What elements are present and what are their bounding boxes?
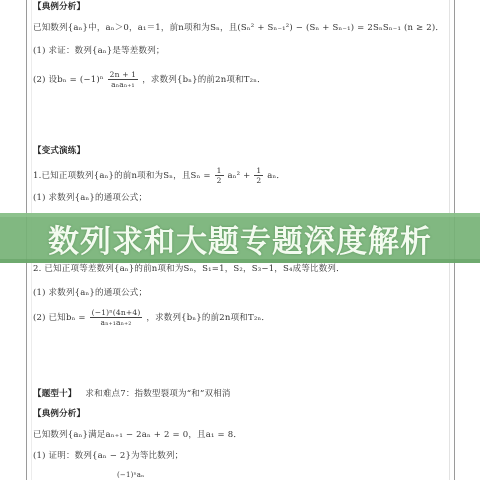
fraction: 1 2: [254, 166, 263, 185]
question-1: (1) 求证：数列{aₙ}是等差数列；: [33, 46, 165, 57]
question-3-2-partial: (−1)ⁿaₙ: [117, 470, 144, 480]
problem-statement: 已知数列{aₙ}中，aₙ＞0，a₁＝1，前n项和为Sₙ，且(Sₙ² + Sₙ₋₁…: [33, 23, 444, 34]
fraction: 1 2: [215, 166, 224, 185]
fraction: (−1)ⁿ(4n+4) aₙ₊₁aₙ₊₂: [90, 308, 143, 327]
question-type-heading: 【题型十】 求和难点7：指数型裂项为“和”双相消: [33, 389, 231, 400]
question-3-1: (1) 证明：数列{aₙ − 2}为等比数列；: [33, 451, 183, 462]
practice-1-question-1: (1) 求数列{aₙ}的通项公式；: [33, 193, 147, 204]
practice-2-question-1: (1) 求数列{aₙ}的通项公式；: [33, 288, 147, 299]
title-banner: 数列求和大题专题深度解析: [0, 213, 480, 263]
fraction: 2n + 1 aₙaₙ₊₁: [108, 70, 139, 89]
banner-title: 数列求和大题专题深度解析: [48, 216, 432, 261]
practice-2-question-2: (2) 已知bₙ = (−1)ⁿ(4n+4) aₙ₊₁aₙ₊₂ ，求数列{bₙ}…: [33, 308, 270, 327]
section-heading-practice: 【变式演练】: [33, 146, 85, 157]
section-heading-example: 【典例分析】: [33, 2, 85, 13]
section-heading-example-2: 【典例分析】: [33, 409, 85, 420]
practice-problem-1: 1.已知正项数列{aₙ}的前n项和为Sₙ，且Sₙ = 1 2 aₙ² + 1 2…: [33, 166, 285, 185]
problem-statement-3: 已知数列{aₙ}满足aₙ₊₁ − 2aₙ + 2 = 0，且a₁ = 8．: [33, 430, 242, 441]
question-2: (2) 设bₙ = (−1)ⁿ 2n + 1 aₙaₙ₊₁ ，求数列{bₙ}的前…: [33, 70, 266, 89]
practice-problem-2: 2. 已知正项等差数列{aₙ}的前n项和为Sₙ，S₁=1，S₂，S₃−1，S₄成…: [33, 264, 345, 275]
